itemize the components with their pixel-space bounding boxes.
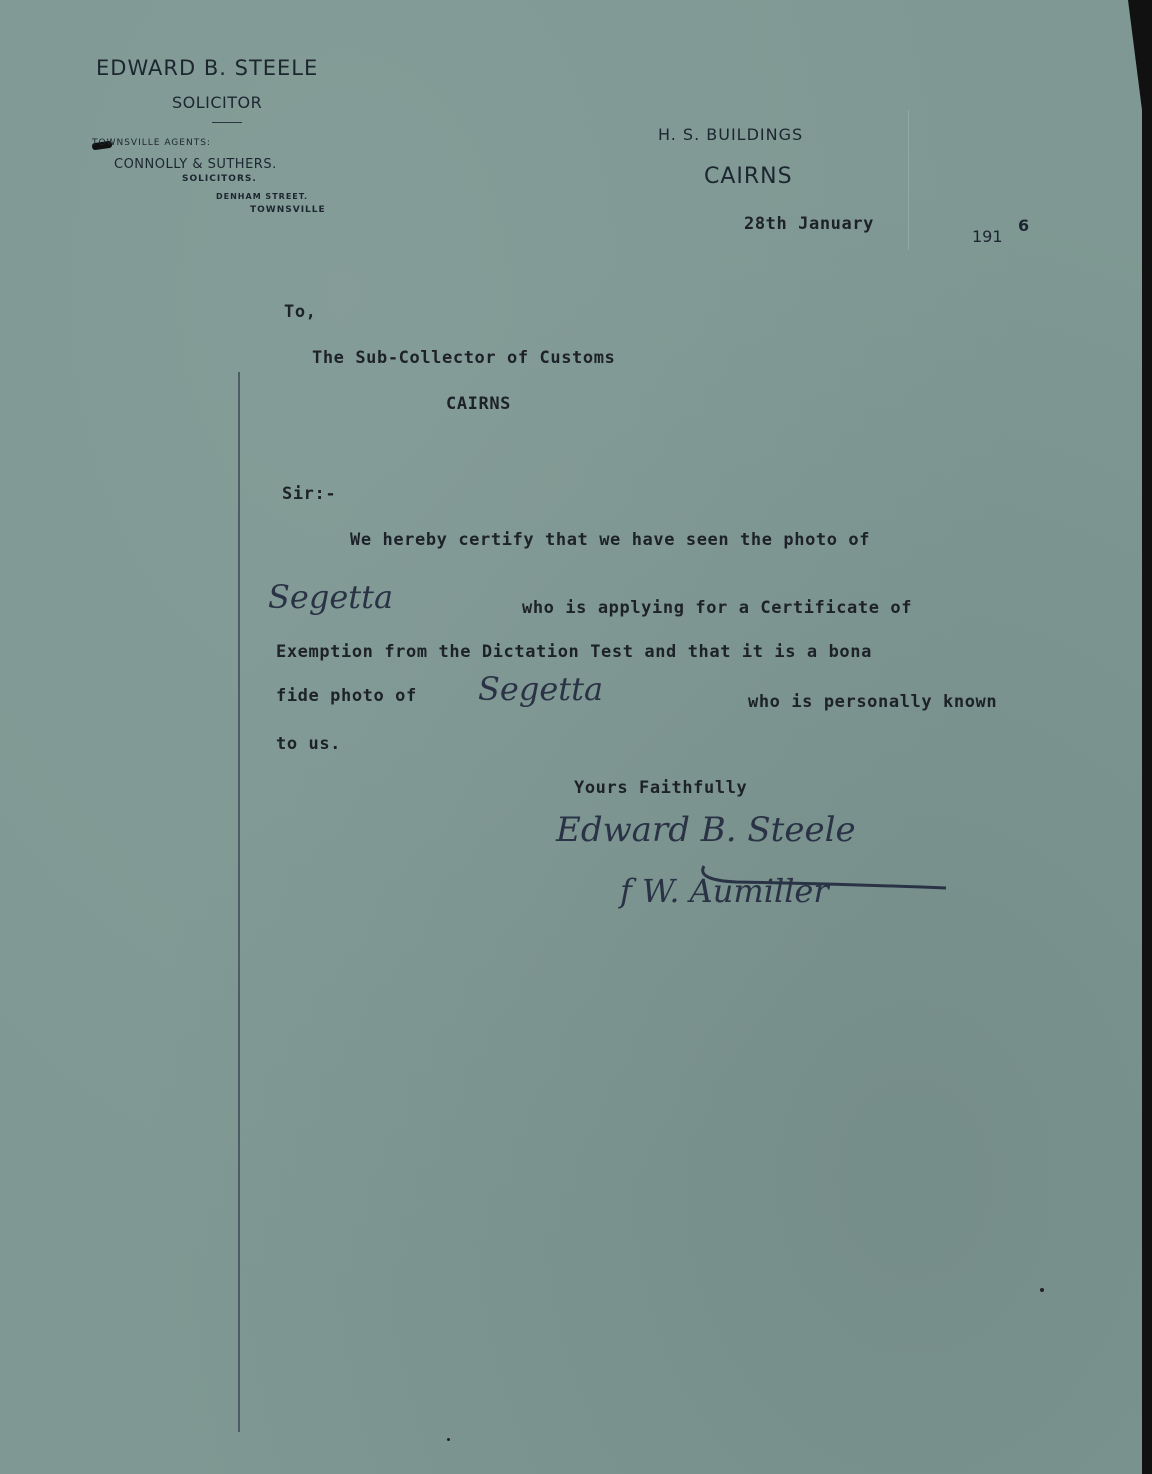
body-line-2: who is applying for a Certificate of — [522, 598, 912, 618]
letterhead-agents-role: SOLICITORS. — [182, 174, 257, 184]
greeting: Sir:- — [282, 484, 336, 504]
date-year-suffix: 6 — [1018, 216, 1029, 235]
letterhead-divider — [212, 122, 242, 123]
handwritten-name-1: Segetta — [268, 578, 393, 616]
letterhead-agents-label: TOWNSVILLE AGENTS: — [92, 138, 211, 148]
letterhead-city: CAIRNS — [704, 164, 793, 189]
body-line-4-end: who is personally known — [748, 692, 997, 712]
signature: Edward B. Steele — [556, 810, 856, 850]
date-day-month: 28th January — [744, 214, 874, 234]
letterhead-name: EDWARD B. STEELE — [96, 56, 318, 80]
valediction: Yours Faithfully — [574, 778, 747, 798]
margin-line — [238, 372, 240, 1432]
handwritten-name-2: Segetta — [478, 670, 603, 708]
recipient-city: CAIRNS — [446, 394, 511, 414]
body-line-5: to us. — [276, 734, 341, 754]
body-line-4-start: fide photo of — [276, 686, 417, 706]
letterhead-title: SOLICITOR — [172, 93, 262, 112]
body-line-3: Exemption from the Dictation Test and th… — [276, 642, 872, 662]
body-line-1: We hereby certify that we have seen the … — [350, 530, 870, 550]
recipient-to: To, — [284, 302, 317, 322]
letterhead-agents-street: DENHAM STREET. — [216, 192, 308, 201]
letterhead-building: H. S. BUILDINGS — [658, 125, 803, 144]
letter-page: EDWARD B. STEELE SOLICITOR TOWNSVILLE AG… — [0, 0, 1142, 1474]
letterhead-agents-town: TOWNSVILLE — [250, 205, 326, 215]
ink-speck — [447, 1438, 450, 1441]
recipient-name: The Sub-Collector of Customs — [312, 348, 615, 368]
date-year-prefix: 191 — [972, 227, 1003, 246]
ink-speck — [1040, 1288, 1044, 1292]
per-signature: f W. Aumiller — [620, 872, 829, 910]
letterhead-agents-firm: CONNOLLY & SUTHERS. — [114, 157, 277, 172]
paper-fold — [908, 110, 909, 250]
